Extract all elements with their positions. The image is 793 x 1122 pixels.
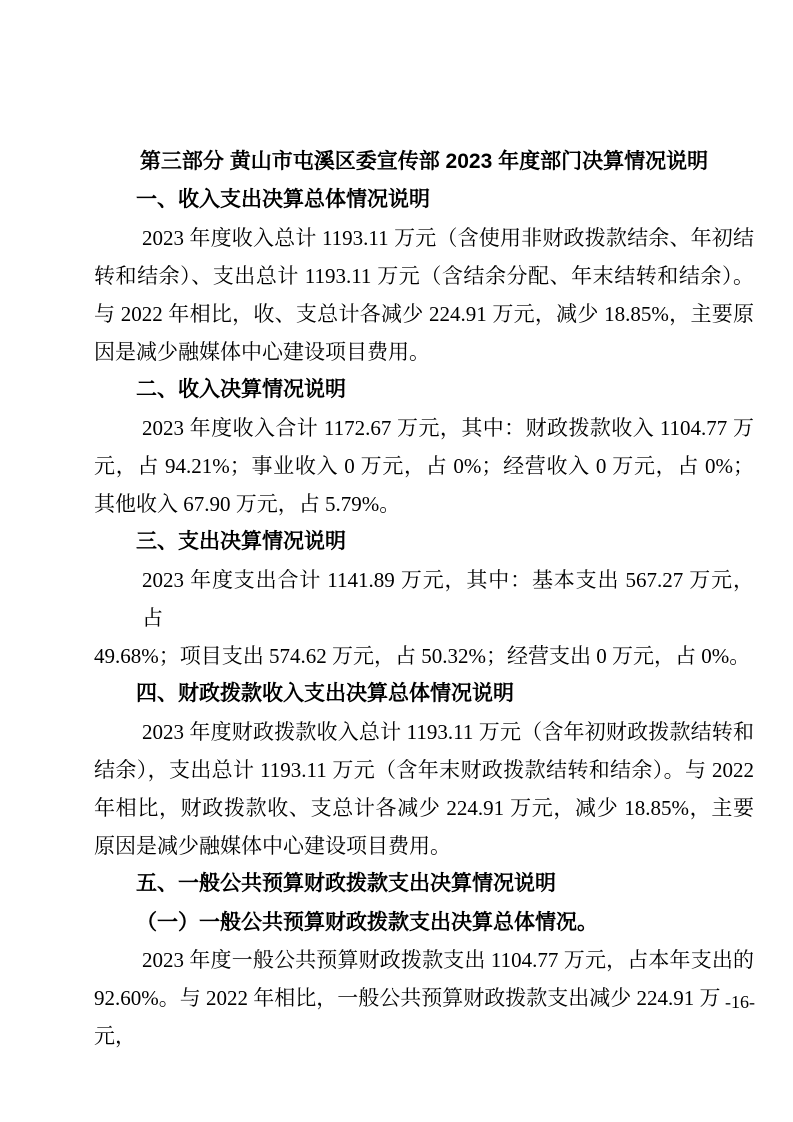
paragraph: 2023 年度一般公共预算财政拨款支出 1104.77 万元，占本年支出的92.… <box>94 941 754 1055</box>
text-line: 2023 年度收入总计 1193.11 万元（含使用非财政拨款结余、年初结 <box>94 219 754 257</box>
text-line: 49.68%；项目支出 574.62 万元，占 50.32%；经营支出 0 万元… <box>94 637 754 675</box>
document-body: 第三部分 黄山市屯溪区委宣传部 2023 年度部门决算情况说明 一、收入支出决算… <box>94 143 754 1055</box>
page-number: -16- <box>725 991 755 1013</box>
text-line: 与 2022 年相比，收、支总计各减少 224.91 万元，减少 18.85%，… <box>94 295 754 333</box>
text-line: 因是减少融媒体中心建设项目费用。 <box>94 333 754 371</box>
text-line: 结余），支出总计 1193.11 万元（含年末财政拨款结转和结余）。与 2022 <box>94 751 754 789</box>
paragraph: 2023 年度财政拨款收入总计 1193.11 万元（含年初财政拨款结转和结余）… <box>94 713 754 865</box>
paragraph: 2023 年度支出合计 1141.89 万元，其中：基本支出 567.27 万元… <box>94 561 754 675</box>
document-page: 第三部分 黄山市屯溪区委宣传部 2023 年度部门决算情况说明 一、收入支出决算… <box>0 0 793 1122</box>
section-heading: 二、收入决算情况说明 <box>94 371 754 409</box>
text-line: 元，占 94.21%；事业收入 0 万元，占 0%；经营收入 0 万元，占 0%… <box>94 447 754 485</box>
document-title: 第三部分 黄山市屯溪区委宣传部 2023 年度部门决算情况说明 <box>94 143 754 181</box>
text-line: 2023 年度财政拨款收入总计 1193.11 万元（含年初财政拨款结转和 <box>94 713 754 751</box>
text-line: 2023 年度一般公共预算财政拨款支出 1104.77 万元，占本年支出的 <box>94 941 754 979</box>
text-line: 其他收入 67.90 万元，占 5.79%。 <box>94 485 754 523</box>
paragraph: 2023 年度收入总计 1193.11 万元（含使用非财政拨款结余、年初结转和结… <box>94 219 754 371</box>
section-heading: 五、一般公共预算财政拨款支出决算情况说明 <box>94 865 754 903</box>
paragraph: 2023 年度收入合计 1172.67 万元，其中：财政拨款收入 1104.77… <box>94 409 754 523</box>
text-line: 2023 年度收入合计 1172.67 万元，其中：财政拨款收入 1104.77… <box>94 409 754 447</box>
section-subheading: （一）一般公共预算财政拨款支出决算总体情况。 <box>94 903 754 941</box>
text-line: 原因是减少融媒体中心建设项目费用。 <box>94 827 754 865</box>
section-heading: 一、收入支出决算总体情况说明 <box>94 181 754 219</box>
text-line: 92.60%。与 2022 年相比，一般公共预算财政拨款支出减少 224.91 … <box>94 979 754 1055</box>
text-line: 年相比，财政拨款收、支总计各减少 224.91 万元，减少 18.85%，主要 <box>94 789 754 827</box>
section-heading: 四、财政拨款收入支出决算总体情况说明 <box>94 675 754 713</box>
text-line: 2023 年度支出合计 1141.89 万元，其中：基本支出 567.27 万元… <box>94 561 754 637</box>
text-line: 转和结余）、支出总计 1193.11 万元（含结余分配、年末结转和结余）。 <box>94 257 754 295</box>
section-heading: 三、支出决算情况说明 <box>94 523 754 561</box>
